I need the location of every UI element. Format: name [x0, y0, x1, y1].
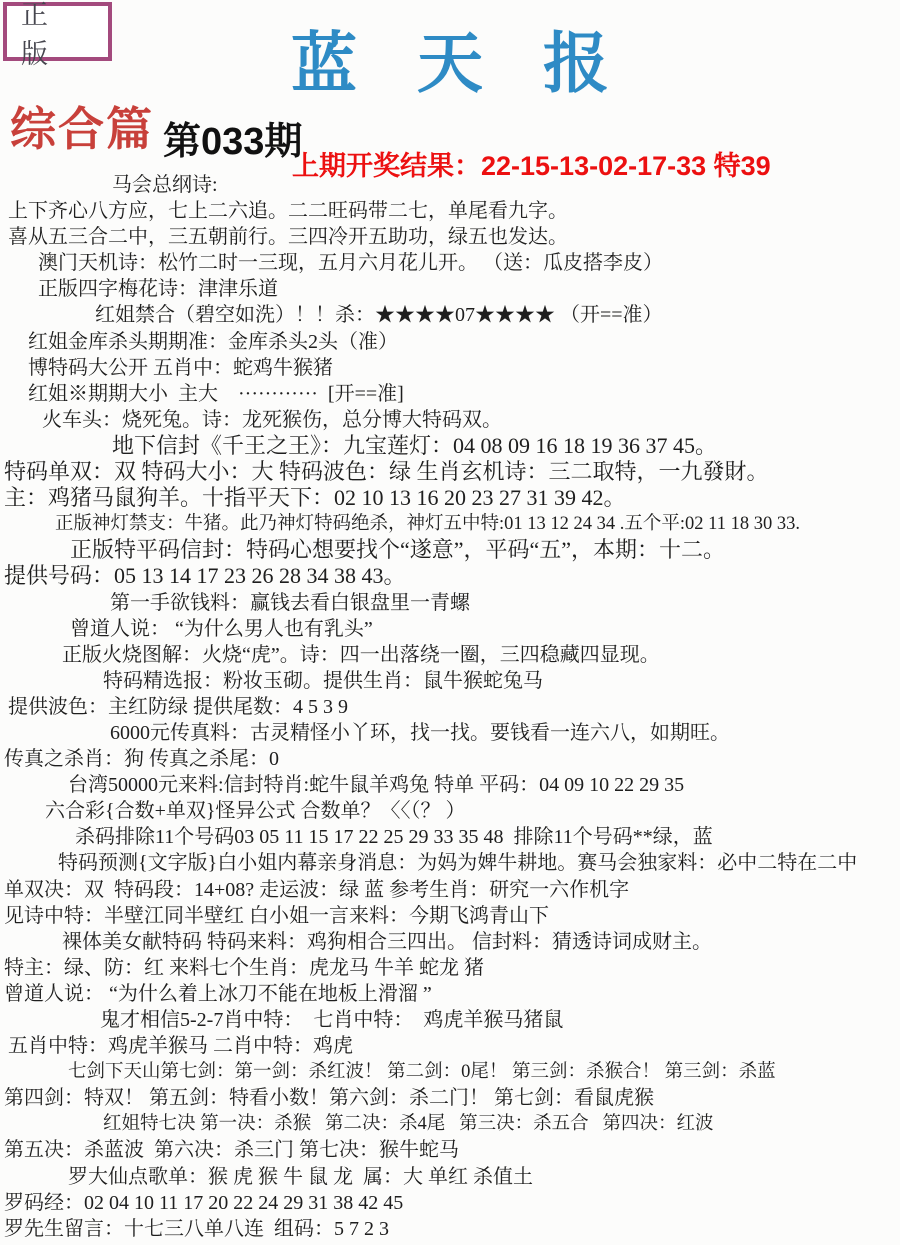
text-line: 特主：绿、防：红 来料七个生肖：虎龙马 牛羊 蛇龙 猪	[0, 955, 900, 981]
text-line: 红姐※期期大小 主大 ············ [开==准]	[0, 381, 900, 407]
text-line: 博特码大公开 五肖中：蛇鸡牛猴猪	[0, 355, 900, 381]
text-line: 红姐特七决 第一决：杀猴 第二决：杀4尾 第三决：杀五合 第四决：红波	[0, 1111, 900, 1137]
text-line: 曾道人说： “为什么男人也有乳头”	[0, 616, 900, 642]
page-title: 蓝天报	[0, 10, 900, 105]
issue-number: 第033期	[163, 110, 302, 165]
text-line: 红姐禁合（碧空如洗）！！杀：★★★★07★★★★ （开==准）	[0, 302, 900, 328]
text-line: 第一手欲钱料：赢钱去看白银盘里一青螺	[0, 590, 900, 616]
text-line: 罗大仙点歌单：猴 虎 猴 牛 鼠 龙 属：大 单红 杀值土	[0, 1164, 900, 1190]
text-line: 上下齐心八方应，七上二六追。二二旺码带二七，单尾看九字。	[0, 198, 900, 224]
text-line: 罗码经：02 04 10 11 17 20 22 24 29 31 38 42 …	[0, 1190, 900, 1216]
text-line: 火车头：烧死兔。诗：龙死猴伤，总分博大特码双。	[0, 407, 900, 433]
text-line: 特码精选报：粉妆玉砌。提供生肖：鼠牛猴蛇兔马	[0, 668, 900, 694]
text-line: 台湾50000元来料:信封特肖:蛇牛鼠羊鸡兔 特单 平码：04 09 10 22…	[0, 772, 900, 798]
text-line: 杀码排除11个号码03 05 11 15 17 22 25 29 33 35 4…	[0, 824, 900, 850]
text-line: 正版四字梅花诗：津津乐道	[0, 276, 900, 302]
text-line: 见诗中特：半壁江同半壁红 白小姐一言来料：今期飞鸿青山下	[0, 903, 900, 929]
text-line: 澳门天机诗：松竹二时一三现，五月六月花儿开。 （送：瓜皮搭李皮）	[0, 250, 900, 276]
text-line: 裸体美女献特码 特码来料：鸡狗相合三四出。 信封料：猜透诗词成财主。	[0, 929, 900, 955]
text-line: 6000元传真料：古灵精怪小丫环，找一找。要钱看一连六八，如期旺。	[0, 720, 900, 746]
section-title: 综合篇	[10, 93, 154, 159]
text-line: 喜从五三合二中，三五朝前行。三四冷开五助功，绿五也发达。	[0, 224, 900, 250]
text-line: 正版特平码信封：特码心想要找个“遂意”，平码“五”，本期：十二。	[0, 537, 900, 563]
text-line: 马会总纲诗:	[0, 172, 900, 198]
text-line: 第四剑：特双！ 第五剑：特看小数！第六剑：杀二门！ 第七剑：看鼠虎猴	[0, 1085, 900, 1111]
text-line: 六合彩{合数+单双}怪异公式 合数单？〈〈（？ ）	[0, 798, 900, 824]
text-line: 五肖中特：鸡虎羊猴马 二肖中特：鸡虎	[0, 1033, 900, 1059]
text-line: 正版火烧图解：火烧“虎”。诗：四一出落绕一圈，三四稳藏四显现。	[0, 642, 900, 668]
text-line: 红姐金库杀头期期准：金库杀头2头（准）	[0, 329, 900, 355]
text-line: 正版神灯禁支：牛猪。此乃神灯特码绝杀，神灯五中特:01 13 12 24 34 …	[0, 511, 900, 537]
text-line: 鬼才相信5-2-7肖中特： 七肖中特： 鸡虎羊猴马猪鼠	[0, 1007, 900, 1033]
text-line: 主：鸡猪马鼠狗羊。十指平天下：02 10 13 16 20 23 27 31 3…	[0, 485, 900, 511]
text-line: 罗先生留言：十七三八单八连 组码：5 7 2 3	[0, 1216, 900, 1242]
body-lines: 马会总纲诗:上下齐心八方应，七上二六追。二二旺码带二七，单尾看九字。喜从五三合二…	[0, 172, 900, 1245]
text-line: 特码单双：双 特码大小：大 特码波色：绿 生肖玄机诗：三二取特，一九發財。	[0, 459, 900, 485]
text-line: 七剑下天山第七剑：第一剑：杀红波！ 第二剑：0尾！ 第三剑：杀猴合！ 第三剑：杀…	[0, 1059, 900, 1085]
newspaper-sheet: 正 版 蓝天报 综合篇 第033期 上期开奖结果：22-15-13-02-17-…	[0, 0, 900, 1245]
text-line: 单双决：双 特码段：14+08? 走运波：绿 蓝 参考生肖：研究一六作机字	[0, 877, 900, 903]
text-line: 特码预测{文字版}白小姐内幕亲身消息：为妈为婢牛耕地。赛马会独家料：必中二特在二…	[0, 850, 900, 876]
text-line: 曾道人说： “为什么着上冰刀不能在地板上滑溜 ”	[0, 981, 900, 1007]
text-line: 第五决：杀蓝波 第六决：杀三门 第七决：猴牛蛇马	[0, 1137, 900, 1163]
text-line: 传真之杀肖：狗 传真之杀尾：0	[0, 746, 900, 772]
text-line: 提供波色：主红防绿 提供尾数：4 5 3 9	[0, 694, 900, 720]
text-line: 地下信封《千王之王》：九宝莲灯：04 08 09 16 18 19 36 37 …	[0, 433, 900, 459]
text-line: 提供号码：05 13 14 17 23 26 28 34 38 43。	[0, 563, 900, 589]
